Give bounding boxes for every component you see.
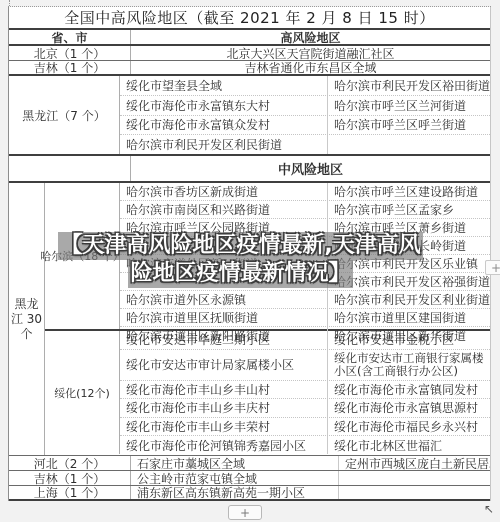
area-cell-right bbox=[328, 135, 490, 154]
area-cell-right: 哈尔滨市呼兰区呼兰街道 bbox=[328, 116, 490, 135]
area-cell-right: 绥化市安达市工商银行家属楼小区(含工商银行办公区) bbox=[328, 350, 490, 380]
table-row: 哈尔滨市道外区新一街道 哈尔滨市利民开发区乐业镇 bbox=[120, 254, 490, 272]
area-cell-right: 绥化市海伦市永富镇思源村 bbox=[328, 399, 490, 417]
table-row: 哈尔滨市香坊区新成街道 哈尔滨市呼兰区建设路街道 bbox=[120, 183, 490, 200]
table-row: 绥化市安达市审计局家属楼小区 绥化市安达市工商银行家属楼小区(含工商银行办公区) bbox=[120, 349, 490, 380]
area-cell-left: 绥化市海伦市丰山乡丰庆村 bbox=[120, 399, 328, 417]
heilongjiang-medium-risk-block: 黑龙江 30 个 哈尔滨（18 个） 哈尔滨市香坊区新成街道 哈尔滨市呼兰区建设… bbox=[9, 183, 490, 456]
suihua-block: 绥化(12个) 绥化市安达市华庭二期小区 绥化市安达市金税小区 绥化市安达市审计… bbox=[45, 331, 490, 454]
area-cell-left: 绥化市海伦市丰山乡丰山村 bbox=[120, 381, 328, 399]
area-cell-right: 哈尔滨市利民开发区利业街道 bbox=[328, 291, 490, 308]
area-cell-right: 哈尔滨市呼兰区长岭街道 bbox=[328, 237, 490, 254]
area-cell-left bbox=[120, 273, 328, 290]
province-cell: 上海（1 个） bbox=[9, 486, 131, 499]
area-cell-left: 哈尔滨市道外区永源镇 bbox=[120, 291, 328, 308]
area-cell: 吉林省通化市东昌区全域 bbox=[131, 61, 490, 74]
table-row: 绥化市海伦市丰山乡丰荣村 绥化市海伦市福民乡永兴村 bbox=[120, 417, 490, 436]
table-row: 哈尔滨市利民开发区利民街道 bbox=[120, 134, 490, 154]
city-cell: 绥化(12个) bbox=[45, 331, 120, 454]
table-row: 哈尔滨市道外区永源镇 哈尔滨市利民开发区利业街道 bbox=[120, 290, 490, 308]
area-cell-right: 定州市西城区庞白土新民居北区 bbox=[339, 456, 490, 470]
area-cell-right: 绥化市安达市金税小区 bbox=[328, 331, 490, 349]
area-cell-right: 绥化市海伦市永富镇同发村 bbox=[328, 381, 490, 399]
area-cell-left: 绥化市海伦市丰山乡丰荣村 bbox=[120, 418, 328, 436]
area-cell-left: 哈尔滨市道里区抚顺街道 bbox=[120, 309, 328, 326]
area-cell-left: 哈尔滨市呼兰区公园路街道 bbox=[120, 219, 328, 236]
expand-button[interactable]: + bbox=[228, 505, 262, 520]
area-cell-right: 哈尔滨市呼兰区兰河街道 bbox=[328, 96, 490, 115]
province-cell: 吉林（1 个） bbox=[9, 61, 131, 74]
area-cell-left: 公主岭市范家屯镇全域 bbox=[131, 471, 339, 485]
province-cell: 吉林（1 个） bbox=[9, 471, 131, 485]
table-row: 绥化市海伦市永富镇东大村 哈尔滨市呼兰区兰河街道 bbox=[120, 95, 490, 115]
table-row: 绥化市安达市华庭二期小区 绥化市安达市金税小区 bbox=[120, 331, 490, 349]
area-cell-left: 哈尔滨市利民开发区利民街道 bbox=[120, 135, 328, 154]
medium-risk-header: 中风险地区 bbox=[131, 156, 490, 181]
province-cell: 河北（2 个） bbox=[9, 456, 131, 470]
area-cell-left: 绥化市海伦市永富镇众发村 bbox=[120, 116, 328, 135]
area-cell-left: 绥化市海伦市伦河镇锦秀嘉园小区 bbox=[120, 436, 328, 454]
area-cell-left bbox=[120, 237, 328, 254]
table-row: 哈尔滨市道里区抚顺街道 哈尔滨市道里区建国街道 bbox=[120, 308, 490, 326]
area-cell-left: 绥化市安达市审计局家属楼小区 bbox=[120, 350, 328, 380]
expand-side-button[interactable]: + bbox=[485, 260, 500, 275]
area-cell-left: 绥化市望奎县全域 bbox=[120, 76, 328, 95]
area-cell-left: 浦东新区高东镇新高苑一期小区 bbox=[131, 486, 339, 499]
area-cell-left: 哈尔滨市道外区新一街道 bbox=[120, 255, 328, 272]
area-cell-right bbox=[339, 486, 490, 499]
province-cell: 北京（1 个） bbox=[9, 46, 131, 60]
area-cell-right: 绥化市海伦市福民乡永兴村 bbox=[328, 418, 490, 436]
table-row: 哈尔滨市呼兰区长岭街道 bbox=[120, 236, 490, 254]
area-cell-right: 哈尔滨市利民开发区乐业镇 bbox=[328, 255, 490, 272]
area-cell-left: 石家庄市藁城区全域 bbox=[131, 456, 339, 470]
medium-risk-header-row: 中风险地区 bbox=[9, 156, 490, 183]
risk-area-table: 全国中高风险地区（截至 2021 年 2 月 8 日 15 时） 省、市 高风险… bbox=[8, 7, 491, 501]
article-image: 全国中高风险地区（截至 2021 年 2 月 8 日 15 时） 省、市 高风险… bbox=[0, 0, 500, 522]
table-row: 绥化市海伦市丰山乡丰山村 绥化市海伦市永富镇同发村 bbox=[120, 380, 490, 399]
table-row: 绥化市海伦市丰山乡丰庆村 绥化市海伦市永富镇思源村 bbox=[120, 398, 490, 417]
table-row: 绥化市海伦市永富镇众发村 哈尔滨市呼兰区呼兰街道 bbox=[120, 115, 490, 135]
selection-dotted-stub bbox=[9, 0, 10, 6]
table-row: 绥化市海伦市伦河镇锦秀嘉园小区 绥化市北林区世福汇 bbox=[120, 435, 490, 454]
table-row: 上海（1 个） 浦东新区高东镇新高苑一期小区 bbox=[9, 486, 490, 501]
area-cell-right bbox=[339, 471, 490, 485]
province-cell: 黑龙江（7 个） bbox=[9, 76, 120, 154]
area-cell-right: 哈尔滨市呼兰区孟家乡 bbox=[328, 201, 490, 218]
area-cell-right: 哈尔滨市呼兰区建设路街道 bbox=[328, 183, 490, 200]
table-title: 全国中高风险地区（截至 2021 年 2 月 8 日 15 时） bbox=[9, 7, 490, 30]
area-cell: 北京大兴区天宫院街道融汇社区 bbox=[131, 46, 490, 60]
area-cell-right: 哈尔滨市道里区建国街道 bbox=[328, 309, 490, 326]
area-cell-left: 哈尔滨市香坊区新成街道 bbox=[120, 183, 328, 200]
harbin-block: 哈尔滨（18 个） 哈尔滨市香坊区新成街道 哈尔滨市呼兰区建设路街道 哈尔滨市南… bbox=[45, 183, 490, 331]
table-row: 哈尔滨市南岗区和兴路街道 哈尔滨市呼兰区孟家乡 bbox=[120, 200, 490, 218]
empty-cell bbox=[9, 156, 131, 181]
area-cell-left: 绥化市海伦市永富镇东大村 bbox=[120, 96, 328, 115]
table-row: 哈尔滨市利民开发区裕强街道 bbox=[120, 272, 490, 290]
city-cell: 哈尔滨（18 个） bbox=[45, 183, 120, 329]
area-cell-right: 绥化市北林区世福汇 bbox=[328, 436, 490, 454]
area-cell-left: 绥化市安达市华庭二期小区 bbox=[120, 331, 328, 349]
table-row: 吉林（1 个） 吉林省通化市东昌区全域 bbox=[9, 61, 490, 76]
area-cell-right: 哈尔滨市利民开发区裕田街道 bbox=[328, 76, 490, 95]
area-cell-right: 哈尔滨市利民开发区裕强街道 bbox=[328, 273, 490, 290]
province-cell: 黑龙江 30 个 bbox=[9, 183, 45, 455]
mouse-cursor-icon: ↖ bbox=[484, 502, 494, 516]
area-cell-right: 哈尔滨市呼兰区萧乡街道 bbox=[328, 219, 490, 236]
table-row: 绥化市望奎县全域 哈尔滨市利民开发区裕田街道 bbox=[120, 76, 490, 95]
area-cell-left: 哈尔滨市南岗区和兴路街道 bbox=[120, 201, 328, 218]
table-row: 哈尔滨市呼兰区公园路街道 哈尔滨市呼兰区萧乡街道 bbox=[120, 218, 490, 236]
heilongjiang-high-risk-block: 黑龙江（7 个） 绥化市望奎县全域 哈尔滨市利民开发区裕田街道 绥化市海伦市永富… bbox=[9, 76, 490, 156]
header-province-col: 省、市 bbox=[9, 30, 131, 44]
header-high-risk-col: 高风险地区 bbox=[131, 30, 490, 44]
